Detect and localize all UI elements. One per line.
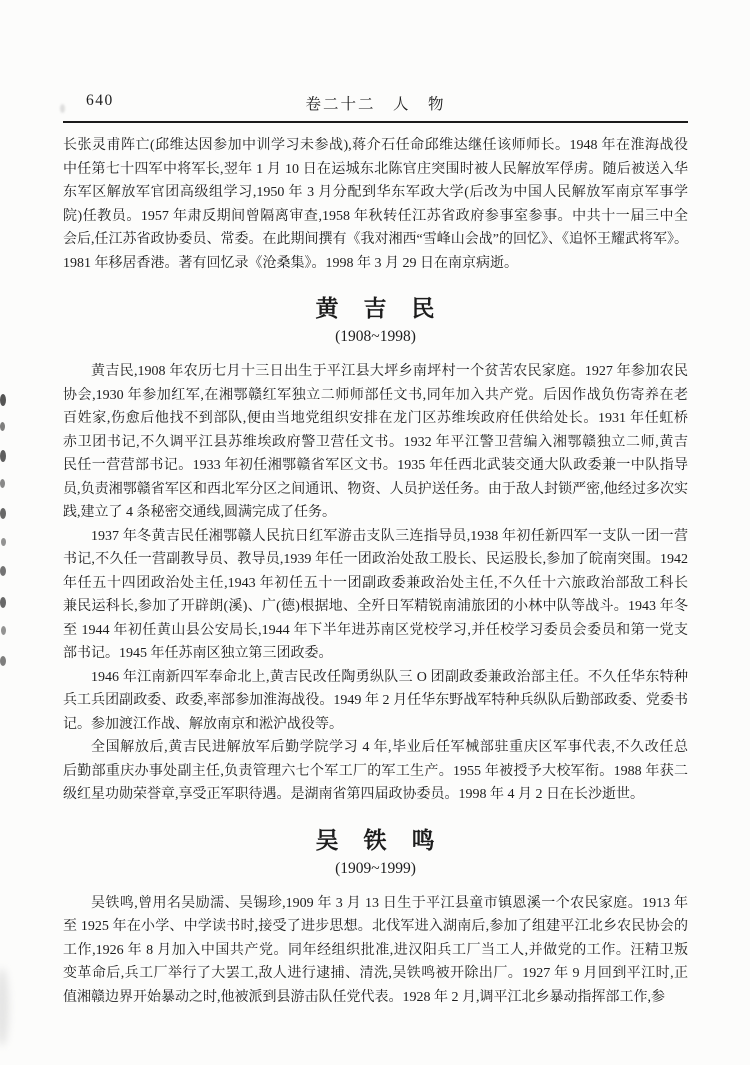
paragraph: 黄吉民,1908 年农历七月十三日出生于平江县大坪乡南坪村一个贫苦农民家庭。19…	[63, 360, 688, 525]
text-line: 兼民运科长,参加了开辟朗(溪)、广(德)根据地、全歼日军精锐南浦旅团的小林中队等…	[63, 595, 688, 619]
scan-artifact	[0, 394, 6, 406]
scan-artifact	[0, 566, 6, 576]
person-lifespan: (1909~1999)	[63, 859, 688, 879]
text-line: 变革命后,兵工厂举行了大罢工,敌人进行逮捕、清洗,吴铁鸣被开除出厂。1927 年…	[63, 962, 688, 986]
text-line: 至 1944 年初任黄山县公安局长,1944 年下半年进苏南区党校学习,并任校学…	[63, 619, 688, 643]
text-line: 赤卫团书记,不久调平江县苏维埃政府警卫营任文书。1932 年平江警卫营编入湘鄂赣…	[63, 431, 688, 455]
text-line: 后勤部重庆办事处副主任,负责管理六七个军工厂的军工生产。1955 年被授予大校军…	[63, 760, 688, 784]
text-line: 1946 年江南新四军奉命北上,黄吉民改任陶勇纵队三 O 团副政委兼政治部主任。…	[63, 666, 688, 690]
text-line: 黄吉民,1908 年农历七月十三日出生于平江县大坪乡南坪村一个贫苦农民家庭。19…	[63, 360, 688, 384]
scan-artifact	[0, 422, 5, 431]
text-line: 全国解放后,黄吉民进解放军后勤学院学习 4 年,毕业后任军械部驻重庆区军事代表,…	[63, 736, 688, 760]
text-line: 会后,任江苏省政协委员、常委。在此期间撰有《我对湘西“雪峰山会战”的回忆》、《追…	[63, 228, 688, 252]
scan-artifact	[0, 508, 6, 519]
text-line: 员,负责湘鄂赣省军区和西北军分区之间通讯、物资、人员护送任务。由于敌人封锁严密,…	[63, 478, 688, 502]
text-line: 吴铁鸣,曾用名吴励濡、吴锡珍,1909 年 3 月 13 日生于平江县童市镇恩溪…	[63, 892, 688, 916]
scan-artifact	[0, 479, 5, 488]
section-heading: 黄 吉 民(1908~1998)	[63, 294, 688, 347]
running-head-title: 卷二十二 人 物	[63, 92, 688, 114]
page-header: 640 卷二十二 人 物	[63, 0, 688, 112]
scan-artifact	[0, 450, 6, 462]
paragraph: 长张灵甫阵亡(邱维达因参加中训学习未参战),蒋介石任命邱维达继任该师师长。194…	[63, 134, 688, 275]
text-line: 记。参加渡江作战、解放南京和淞沪战役等。	[63, 713, 688, 737]
text-line: 书记,不久任一营副教导员、教导员,1939 年任一团政治处敌工股长、民运股长,参…	[63, 548, 688, 572]
paragraph: 1946 年江南新四军奉命北上,黄吉民改任陶勇纵队三 O 团副政委兼政治部主任。…	[63, 666, 688, 737]
text-line: 1937 年冬黄吉民任湘鄂赣人民抗日红军游击支队三连指导员,1938 年初任新四…	[63, 525, 688, 549]
text-line: 部书记。1945 年任苏南区独立第三团政委。	[63, 642, 688, 666]
page-number: 640	[86, 92, 114, 110]
scan-artifact	[0, 597, 6, 608]
text-line: 协会,1930 年参加红军,在湘鄂赣红军独立二师师部任文书,同年加入共产党。后因…	[63, 384, 688, 408]
text-line: 东军区解放军官团高级组学习,1950 年 3 月分配到华东军政大学(后改为中国人…	[63, 181, 688, 205]
text-line: 级红星功勋荣誉章,享受正军职待遇。是湖南省第四届政协委员。1998 年 4 月 …	[63, 783, 688, 807]
text-line: 长张灵甫阵亡(邱维达因参加中训学习未参战),蒋介石任命邱维达继任该师师长。194…	[63, 134, 688, 158]
text-line: 1981 年移居香港。著有回忆录《沧桑集》。1998 年 3 月 29 日在南京…	[63, 252, 688, 276]
text-line: 至 1925 年在小学、中学读书时,接受了进步思想。北伐军进入湖南后,参加了组建…	[63, 915, 688, 939]
scan-artifact	[0, 656, 6, 666]
text-line: 中任第七十四军中将军长,翌年 1 月 10 日在运城东北陈官庄突围时被人民解放军…	[63, 158, 688, 182]
text-line: 工作,1926 年 8 月加入中国共产党。同年经组织批准,进汉阳兵工厂当工人,并…	[63, 939, 688, 963]
section-heading: 吴 铁 鸣(1909~1999)	[63, 826, 688, 879]
scan-artifact	[1, 538, 6, 546]
paragraph: 吴铁鸣,曾用名吴励濡、吴锡珍,1909 年 3 月 13 日生于平江县童市镇恩溪…	[63, 892, 688, 1010]
text-line: 民任一营营部书记。1933 年初任湘鄂赣省军区文书。1935 年任西北武装交通大…	[63, 454, 688, 478]
scan-artifact	[60, 104, 65, 113]
scan-smudge	[0, 968, 9, 1046]
text-line: 院)任教员。1957 年肃反期间曾隔离审查,1958 年秋转任江苏省政府参事室参…	[63, 205, 688, 229]
text-line: 践,建立了 4 条秘密交通线,圆满完成了任务。	[63, 501, 688, 525]
paragraph: 1937 年冬黄吉民任湘鄂赣人民抗日红军游击支队三连指导员,1938 年初任新四…	[63, 525, 688, 666]
person-name: 吴 铁 鸣	[63, 826, 688, 854]
text-line: 值湘赣边界开始暴动之时,他被派到县游击队任党代表。1928 年 2 月,调平江北…	[63, 986, 688, 1010]
scan-artifact	[1, 626, 6, 635]
scanned-book-page: 640 卷二十二 人 物 长张灵甫阵亡(邱维达因参加中训学习未参战),蒋介石任命…	[0, 0, 750, 1065]
text-line: 年任五十四团政治处主任,1943 年初任五十一团副政委兼政治处主任,不久任十六旅…	[63, 572, 688, 596]
person-name: 黄 吉 民	[63, 294, 688, 322]
text-line: 兵工兵团副政委、政委,率部参加淮海战役。1949 年 2 月任华东野战军特种兵纵…	[63, 689, 688, 713]
paragraph: 全国解放后,黄吉民进解放军后勤学院学习 4 年,毕业后任军械部驻重庆区军事代表,…	[63, 736, 688, 807]
person-lifespan: (1908~1998)	[63, 327, 688, 347]
text-line: 百姓家,伤愈后他找不到部队,便由当地党组织安排在龙门区苏维埃政府任供给处长。19…	[63, 407, 688, 431]
page-body: 长张灵甫阵亡(邱维达因参加中训学习未参战),蒋介石任命邱维达继任该师师长。194…	[63, 134, 688, 1009]
page-content: 640 卷二十二 人 物 长张灵甫阵亡(邱维达因参加中训学习未参战),蒋介石任命…	[63, 0, 688, 1009]
header-rule	[63, 121, 688, 123]
